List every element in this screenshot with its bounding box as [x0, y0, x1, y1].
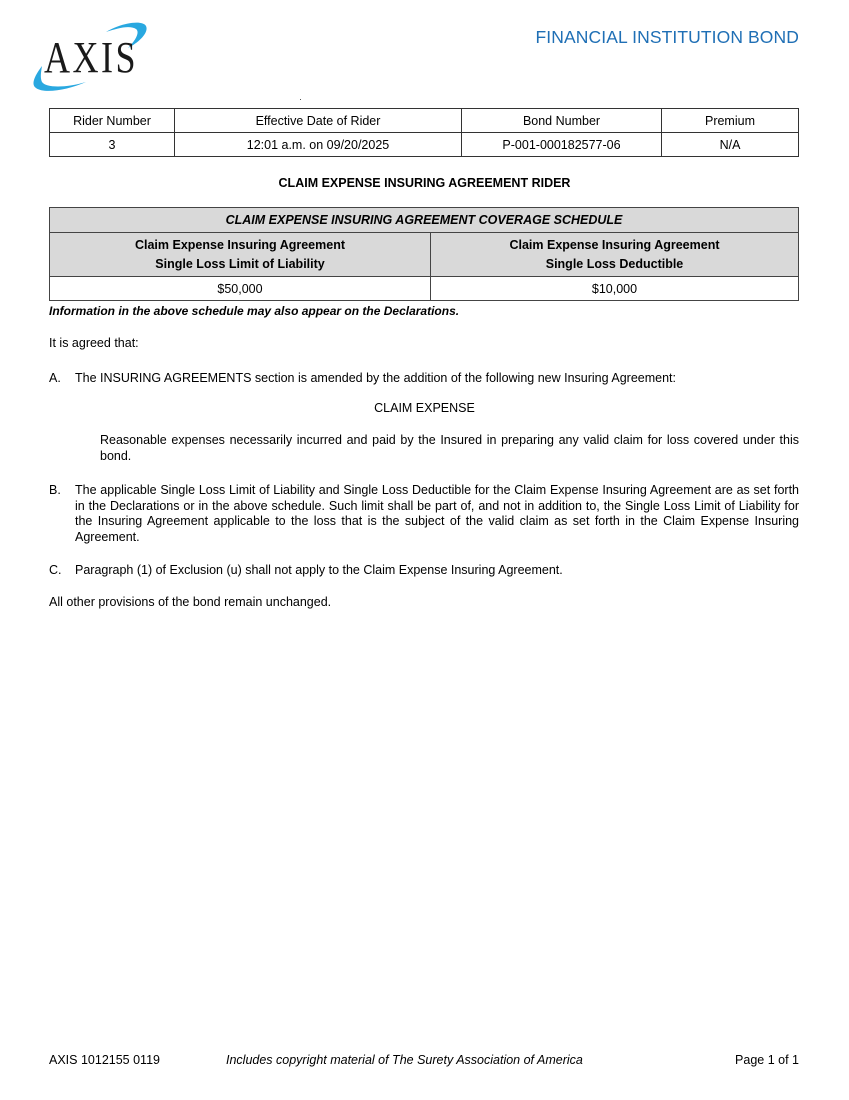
- footer-page-number: Page 1 of 1: [735, 1053, 799, 1067]
- header-rider-number: Rider Number: [50, 109, 175, 133]
- rider-table-header-row: Rider Number Effective Date of Rider Bon…: [50, 109, 799, 133]
- rider-info-table: Rider Number Effective Date of Rider Bon…: [49, 108, 799, 157]
- item-b-label: B.: [49, 483, 61, 499]
- premium-value: N/A: [662, 133, 799, 157]
- rider-title: CLAIM EXPENSE INSURING AGREEMENT RIDER: [0, 176, 849, 190]
- header-effective-date: Effective Date of Rider: [175, 109, 462, 133]
- effective-date-value: 12:01 a.m. on 09/20/2025: [175, 133, 462, 157]
- coverage-schedule-title-row: CLAIM EXPENSE INSURING AGREEMENT COVERAG…: [50, 208, 799, 233]
- coverage-schedule-value-row: $50,000 $10,000: [50, 277, 799, 301]
- footer-copyright: Includes copyright material of The Suret…: [226, 1053, 583, 1067]
- new-agreement-text: Reasonable expenses necessarily incurred…: [100, 433, 799, 464]
- header-deductible-line1: Claim Expense Insuring Agreement: [431, 236, 798, 255]
- item-b: B. The applicable Single Loss Limit of L…: [49, 483, 799, 545]
- coverage-schedule-title: CLAIM EXPENSE INSURING AGREEMENT COVERAG…: [50, 208, 799, 233]
- rider-table-value-row: 3 12:01 a.m. on 09/20/2025 P-001-0001825…: [50, 133, 799, 157]
- intro-text: It is agreed that:: [49, 336, 139, 352]
- header-bond-number: Bond Number: [462, 109, 662, 133]
- axis-logo: AXIS: [28, 18, 152, 98]
- item-c-label: C.: [49, 563, 62, 579]
- header-deductible-line2: Single Loss Deductible: [431, 255, 798, 274]
- item-a: A. The INSURING AGREEMENTS section is am…: [49, 371, 799, 387]
- limit-of-liability-value: $50,000: [50, 277, 431, 301]
- header-deductible: Claim Expense Insuring Agreement Single …: [431, 233, 799, 277]
- header-limit-of-liability: Claim Expense Insuring Agreement Single …: [50, 233, 431, 277]
- stray-mark: [300, 99, 301, 100]
- header-limit-line1: Claim Expense Insuring Agreement: [50, 236, 430, 255]
- header-limit-line2: Single Loss Limit of Liability: [50, 255, 430, 274]
- footer-form-number: AXIS 1012155 0119: [49, 1053, 160, 1067]
- bond-number-value: P-001-000182577-06: [462, 133, 662, 157]
- closing-text: All other provisions of the bond remain …: [49, 595, 331, 611]
- document-type-title: FINANCIAL INSTITUTION BOND: [536, 27, 800, 48]
- item-c: C. Paragraph (1) of Exclusion (u) shall …: [49, 563, 799, 579]
- coverage-schedule-header-row: Claim Expense Insuring Agreement Single …: [50, 233, 799, 277]
- item-a-label: A.: [49, 371, 61, 387]
- item-c-text: Paragraph (1) of Exclusion (u) shall not…: [75, 563, 799, 579]
- coverage-schedule-table: CLAIM EXPENSE INSURING AGREEMENT COVERAG…: [49, 207, 799, 301]
- deductible-value: $10,000: [431, 277, 799, 301]
- item-b-text: The applicable Single Loss Limit of Liab…: [75, 483, 799, 545]
- new-agreement-heading: CLAIM EXPENSE: [0, 401, 849, 417]
- rider-number-value: 3: [50, 133, 175, 157]
- logo-wordmark: AXIS: [44, 32, 138, 83]
- item-a-text: The INSURING AGREEMENTS section is amend…: [75, 371, 799, 387]
- header-premium: Premium: [662, 109, 799, 133]
- schedule-note: Information in the above schedule may al…: [49, 304, 459, 318]
